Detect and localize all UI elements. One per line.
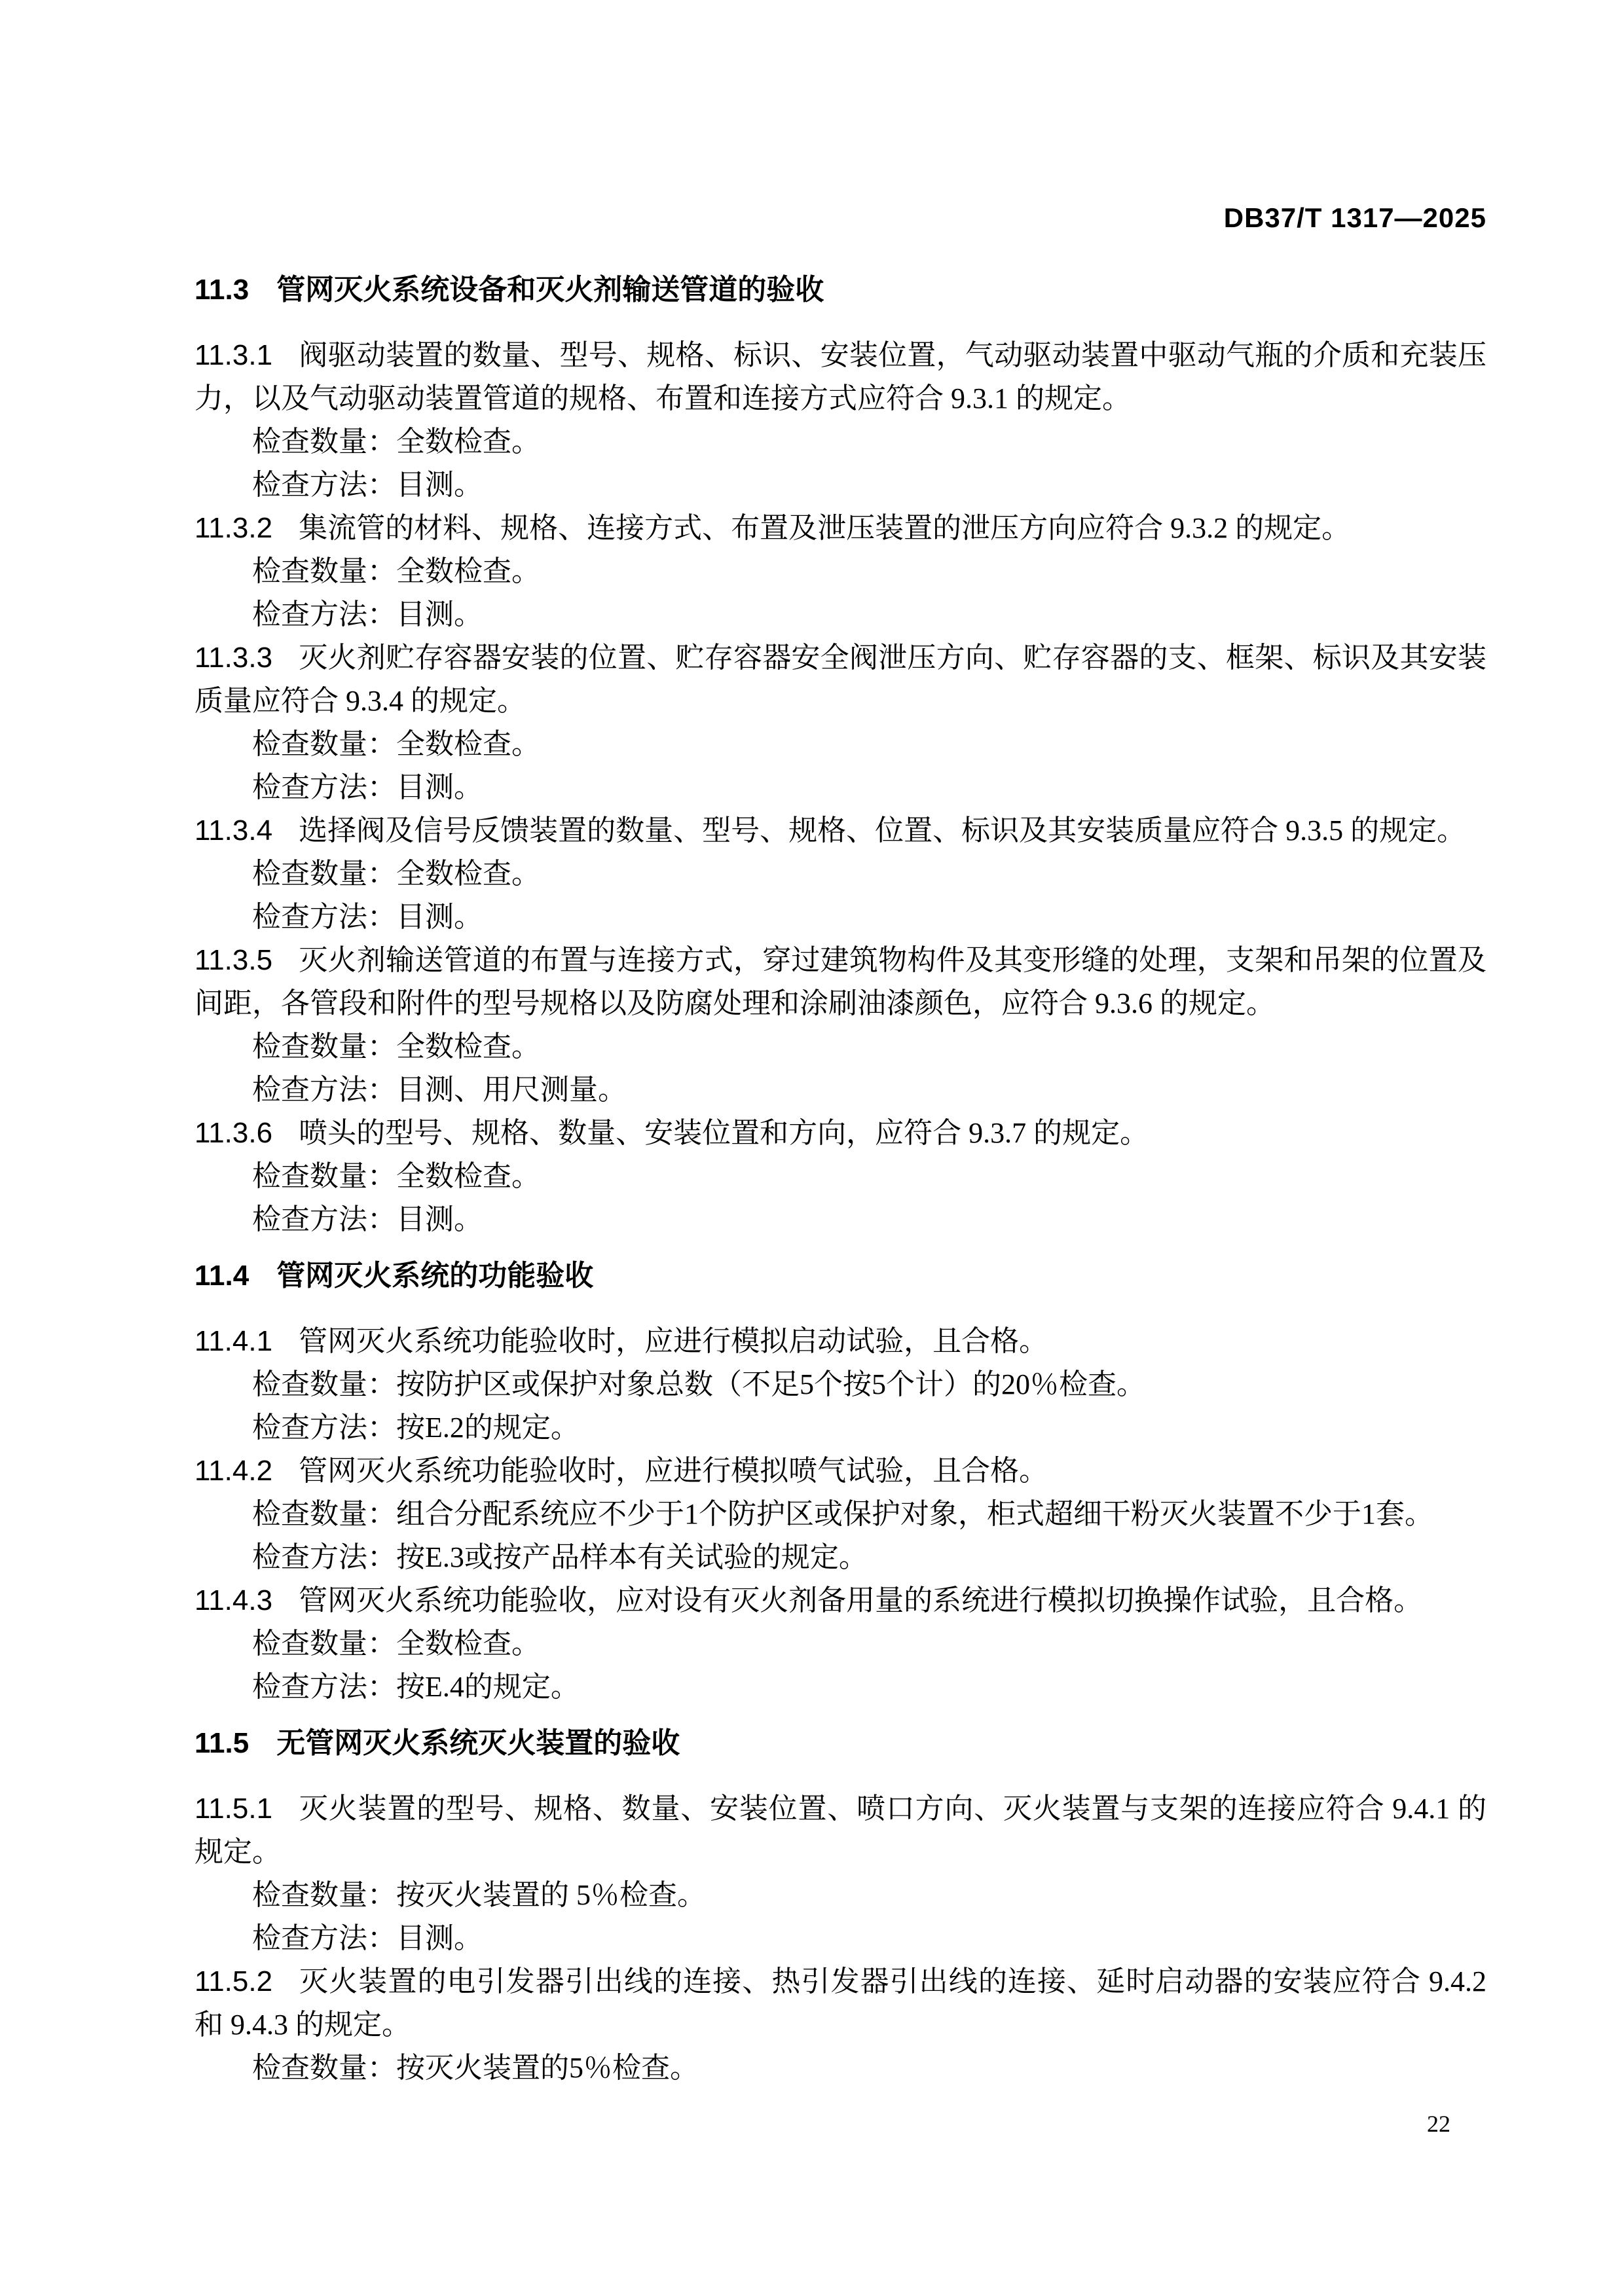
clause-paragraph: 11.4.3管网灭火系统功能验收，应对设有灭火剂备用量的系统进行模拟切换操作试验… (194, 1579, 1486, 1622)
document-page: DB37/T 1317—2025 11.3管网灭火系统设备和灭火剂输送管道的验收… (0, 0, 1624, 2296)
check-method-line: 检查方法：目测、用尺测量。 (194, 1068, 1486, 1112)
check-quantity-line: 检查数量：全数检查。 (194, 1025, 1486, 1068)
check-quantity-line: 检查数量：全数检查。 (194, 420, 1486, 464)
clause-number: 11.5.1 (194, 1793, 272, 1825)
check-quantity-line: 检查数量：全数检查。 (194, 723, 1486, 766)
page-number: 22 (1427, 2111, 1450, 2137)
clause-paragraph: 11.5.2灭火装置的电引发器引出线的连接、热引发器引出线的连接、延时启动器的安… (194, 1960, 1486, 2047)
clause-number: 11.5.2 (194, 1965, 272, 1997)
clause-number: 11.3.1 (194, 339, 272, 371)
clause-number: 11.4.3 (194, 1584, 272, 1616)
check-quantity-line: 检查数量：全数检查。 (194, 1622, 1486, 1666)
check-method-line: 检查方法：目测。 (194, 1917, 1486, 1960)
clause-number: 11.3.4 (194, 814, 272, 847)
clause-paragraph: 11.3.5灭火剂输送管道的布置与连接方式，穿过建筑物构件及其变形缝的处理，支架… (194, 939, 1486, 1025)
check-method-line: 检查方法：目测。 (194, 464, 1486, 507)
section-title: 管网灭火系统的功能验收 (276, 1260, 593, 1292)
clause-text: 灭火装置的型号、规格、数量、安装位置、喷口方向、灭火装置与支架的连接应符合 9.… (194, 1793, 1486, 1868)
clause-number: 11.3.6 (194, 1117, 272, 1149)
clause-text: 管网灭火系统功能验收时，应进行模拟启动试验，且合格。 (299, 1325, 1048, 1357)
clause-text: 管网灭火系统功能验收时，应进行模拟喷气试验，且合格。 (299, 1455, 1048, 1487)
section-heading: 11.5无管网灭火系统灭火装置的验收 (194, 1722, 1486, 1765)
clause-text: 选择阀及信号反馈装置的数量、型号、规格、位置、标识及其安装质量应符合 9.3.5… (299, 814, 1466, 847)
section-title: 无管网灭火系统灭火装置的验收 (276, 1727, 680, 1759)
clause-text: 管网灭火系统功能验收，应对设有灭火剂备用量的系统进行模拟切换操作试验，且合格。 (299, 1584, 1422, 1616)
document-code-header: DB37/T 1317—2025 (194, 196, 1486, 240)
clause-text: 喷头的型号、规格、数量、安装位置和方向，应符合 9.3.7 的规定。 (299, 1117, 1149, 1149)
check-quantity-line: 检查数量：按防护区或保护对象总数（不足5个按5个计）的20％检查。 (194, 1363, 1486, 1406)
section-title: 管网灭火系统设备和灭火剂输送管道的验收 (276, 274, 824, 306)
clause-number: 11.4.2 (194, 1455, 272, 1487)
check-method-line: 检查方法：按E.4的规定。 (194, 1666, 1486, 1709)
clause-paragraph: 11.5.1灭火装置的型号、规格、数量、安装位置、喷口方向、灭火装置与支架的连接… (194, 1787, 1486, 1874)
section-heading: 11.4管网灭火系统的功能验收 (194, 1254, 1486, 1298)
clause-paragraph: 11.3.3灭火剂贮存容器安装的位置、贮存容器安全阀泄压方向、贮存容器的支、框架… (194, 636, 1486, 723)
clause-text: 灭火装置的电引发器引出线的连接、热引发器引出线的连接、延时启动器的安装应符合 9… (194, 1965, 1486, 2041)
clause-text: 灭火剂输送管道的布置与连接方式，穿过建筑物构件及其变形缝的处理，支架和吊架的位置… (194, 944, 1486, 1019)
clause-paragraph: 11.4.2管网灭火系统功能验收时，应进行模拟喷气试验，且合格。 (194, 1449, 1486, 1493)
clause-text: 阀驱动装置的数量、型号、规格、标识、安装位置，气动驱动装置中驱动气瓶的介质和充装… (194, 339, 1486, 414)
check-method-line: 检查方法：目测。 (194, 896, 1486, 939)
clause-text: 集流管的材料、规格、连接方式、布置及泄压装置的泄压方向应符合 9.3.2 的规定… (299, 512, 1350, 544)
page-content: DB37/T 1317—2025 11.3管网灭火系统设备和灭火剂输送管道的验收… (194, 196, 1486, 2090)
section-heading: 11.3管网灭火系统设备和灭火剂输送管道的验收 (194, 268, 1486, 312)
clause-number: 11.3.2 (194, 512, 272, 544)
clause-number: 11.4.1 (194, 1325, 272, 1357)
clause-paragraph: 11.3.2集流管的材料、规格、连接方式、布置及泄压装置的泄压方向应符合 9.3… (194, 507, 1486, 550)
clause-paragraph: 11.3.1阀驱动装置的数量、型号、规格、标识、安装位置，气动驱动装置中驱动气瓶… (194, 334, 1486, 420)
check-method-line: 检查方法：按E.3或按产品样本有关试验的规定。 (194, 1536, 1486, 1579)
section-number: 11.5 (194, 1727, 249, 1759)
clause-text: 灭火剂贮存容器安装的位置、贮存容器安全阀泄压方向、贮存容器的支、框架、标识及其安… (194, 642, 1486, 717)
check-quantity-line: 检查数量：全数检查。 (194, 852, 1486, 896)
check-method-line: 检查方法：目测。 (194, 766, 1486, 809)
clause-number: 11.3.5 (194, 944, 272, 976)
check-quantity-line: 检查数量：全数检查。 (194, 550, 1486, 593)
clause-paragraph: 11.3.4选择阀及信号反馈装置的数量、型号、规格、位置、标识及其安装质量应符合… (194, 809, 1486, 852)
check-quantity-line: 检查数量：全数检查。 (194, 1155, 1486, 1198)
check-method-line: 检查方法：按E.2的规定。 (194, 1406, 1486, 1449)
check-method-line: 检查方法：目测。 (194, 593, 1486, 636)
check-quantity-line: 检查数量：按灭火装置的 5％检查。 (194, 1874, 1486, 1917)
section-number: 11.4 (194, 1260, 249, 1292)
section-number: 11.3 (194, 274, 249, 306)
clause-paragraph: 11.3.6喷头的型号、规格、数量、安装位置和方向，应符合 9.3.7 的规定。 (194, 1112, 1486, 1155)
check-method-line: 检查方法：目测。 (194, 1198, 1486, 1241)
check-quantity-line: 检查数量：按灭火装置的5％检查。 (194, 2047, 1486, 2090)
clause-paragraph: 11.4.1管网灭火系统功能验收时，应进行模拟启动试验，且合格。 (194, 1320, 1486, 1363)
clause-number: 11.3.3 (194, 642, 272, 674)
check-quantity-line: 检查数量：组合分配系统应不少于1个防护区或保护对象，柜式超细干粉灭火装置不少于1… (194, 1493, 1486, 1536)
